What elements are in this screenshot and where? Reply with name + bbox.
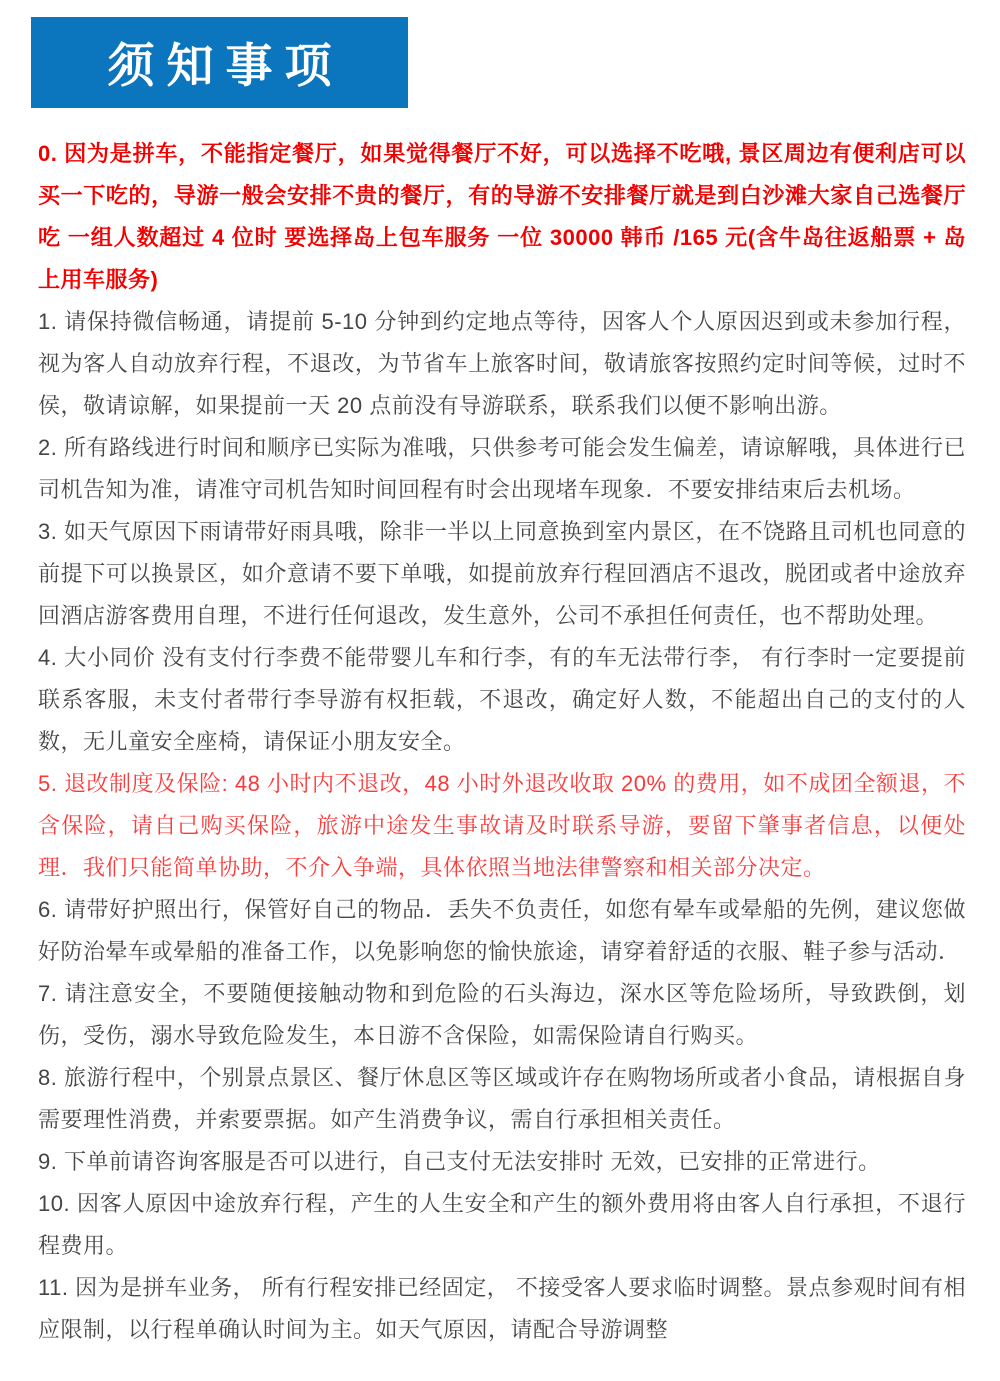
- notice-item-0: 0. 因为是拼车，不能指定餐厅，如果觉得餐厅不好，可以选择不吃哦, 景区周边有便…: [38, 133, 966, 301]
- section-title-banner: 须知事项: [31, 17, 408, 108]
- notice-item-2: 2. 所有路线进行时间和顺序已实际为准哦，只供参考可能会发生偏差，请谅解哦，具体…: [38, 427, 966, 511]
- notice-item-5: 5. 退改制度及保险: 48 小时内不退改，48 小时外退改收取 20% 的费用…: [38, 763, 966, 889]
- notice-item-8: 8. 旅游行程中，个别景点景区、餐厅休息区等区域或许存在购物场所或者小食品，请根…: [38, 1057, 966, 1141]
- notice-item-4: 4. 大小同价 没有支付行李费不能带婴儿车和行李，有的车无法带行李， 有行李时一…: [38, 637, 966, 763]
- page-title: 须知事项: [96, 29, 344, 96]
- notice-item-1: 1. 请保持微信畅通，请提前 5-10 分钟到约定地点等待，因客人个人原因迟到或…: [38, 301, 966, 427]
- notice-item-10: 10. 因客人原因中途放弃行程，产生的人生安全和产生的额外费用将由客人自行承担，…: [38, 1183, 966, 1267]
- notice-item-6: 6. 请带好护照出行，保管好自己的物品．丢失不负责任，如您有晕车或晕船的先例，建…: [38, 889, 966, 973]
- notice-item-11: 11. 因为是拼车业务， 所有行程安排已经固定， 不接受客人要求临时调整。景点参…: [38, 1267, 966, 1351]
- notice-list: 0. 因为是拼车，不能指定餐厅，如果觉得餐厅不好，可以选择不吃哦, 景区周边有便…: [0, 108, 1000, 1381]
- notice-item-9: 9. 下单前请咨询客服是否可以进行，自己支付无法安排时 无效，已安排的正常进行。: [38, 1141, 966, 1183]
- notice-item-3: 3. 如天气原因下雨请带好雨具哦，除非一半以上同意换到室内景区，在不饶路且司机也…: [38, 511, 966, 637]
- notice-document-page: 须知事项 0. 因为是拼车，不能指定餐厅，如果觉得餐厅不好，可以选择不吃哦, 景…: [0, 0, 1000, 1381]
- notice-item-7: 7. 请注意安全，不要随便接触动物和到危险的石头海边，深水区等危险场所，导致跌倒…: [38, 973, 966, 1057]
